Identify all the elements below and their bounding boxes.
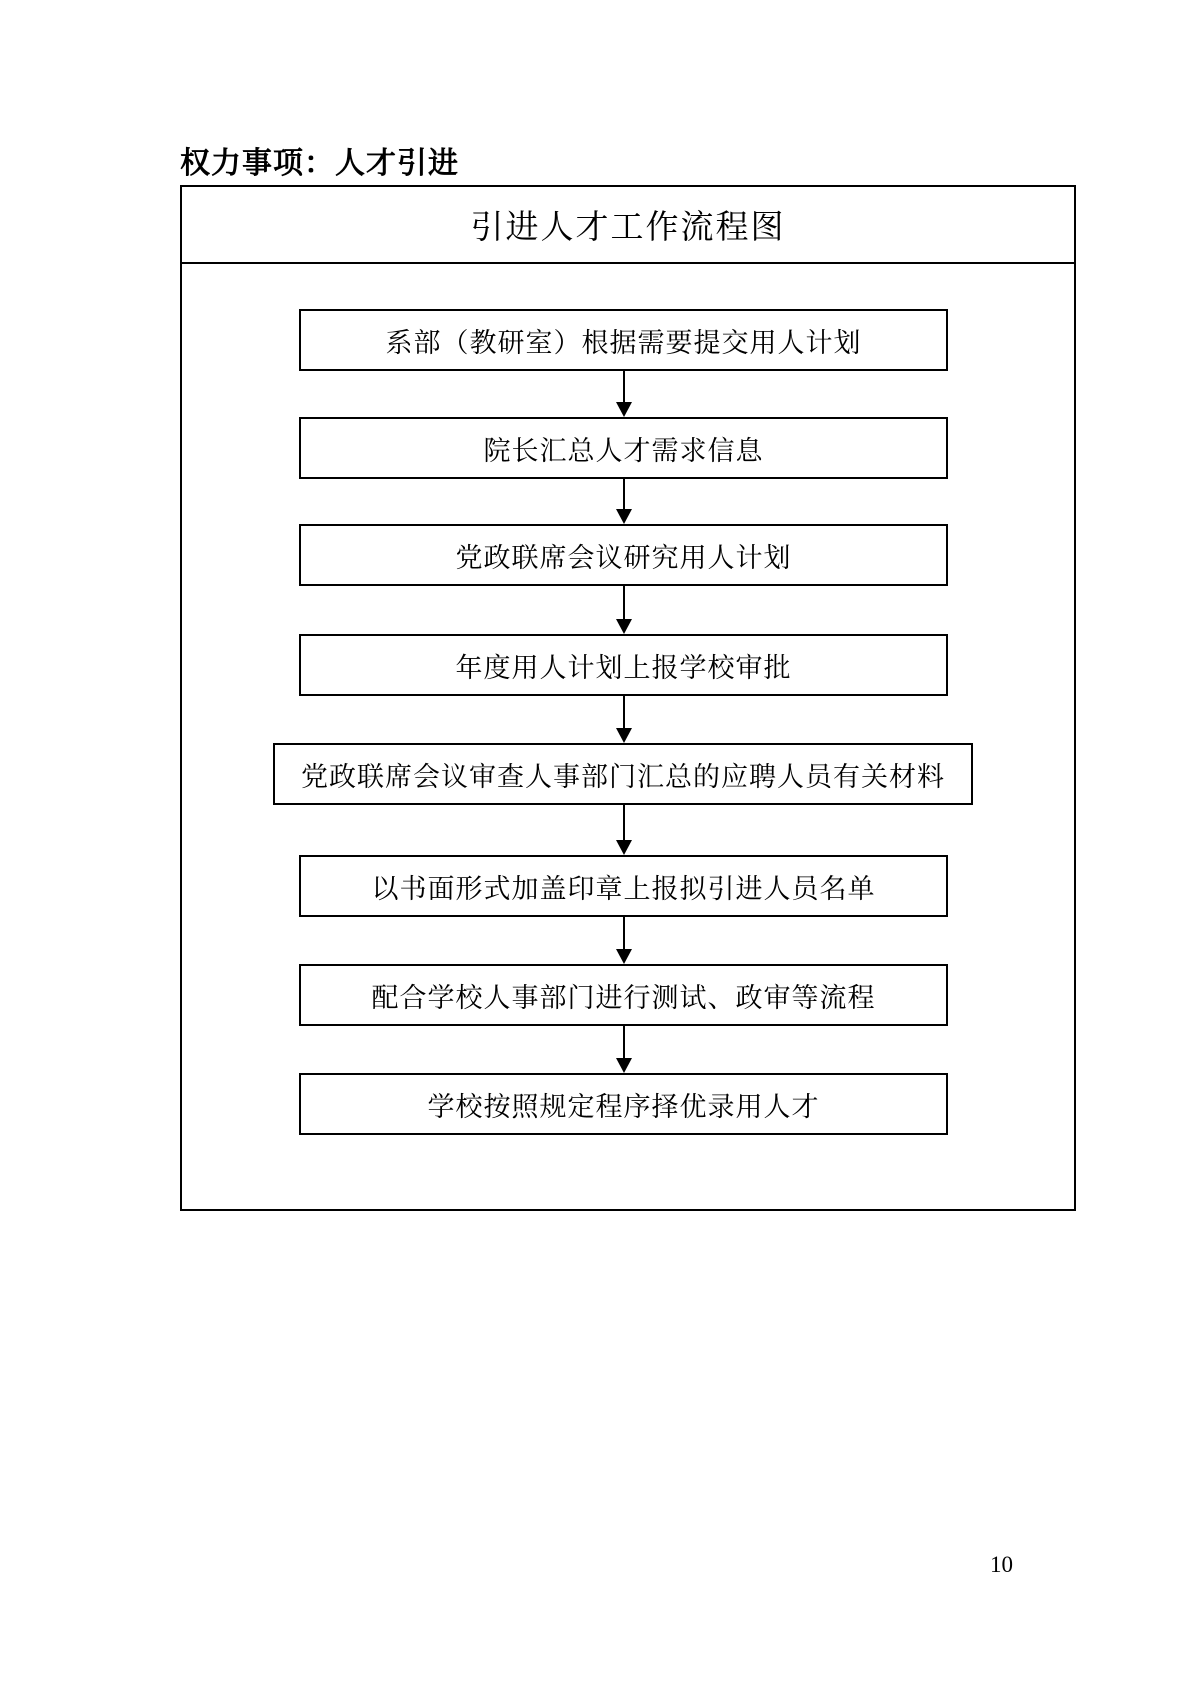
flow-step-7-label: 配合学校人事部门进行测试、政审等流程 bbox=[372, 976, 876, 1015]
arrow-stem bbox=[623, 371, 625, 402]
down-arrow-3 bbox=[615, 586, 632, 634]
flow-step-4-label: 年度用人计划上报学校审批 bbox=[456, 646, 792, 685]
arrow-stem bbox=[623, 696, 625, 728]
arrow-head-icon bbox=[616, 1058, 632, 1073]
flowchart-title-band: 引进人才工作流程图 bbox=[182, 187, 1074, 264]
flow-step-5: 党政联席会议审查人事部门汇总的应聘人员有关材料 bbox=[273, 743, 973, 805]
flowchart-title: 引进人才工作流程图 bbox=[471, 201, 786, 248]
flow-step-5-label: 党政联席会议审查人事部门汇总的应聘人员有关材料 bbox=[301, 755, 945, 794]
flow-step-1: 系部（教研室）根据需要提交用人计划 bbox=[299, 309, 948, 371]
flowchart-frame: 引进人才工作流程图 系部（教研室）根据需要提交用人计划 院长汇总人才需求信息 党… bbox=[180, 185, 1076, 1211]
flow-step-2-label: 院长汇总人才需求信息 bbox=[484, 429, 764, 468]
down-arrow-5 bbox=[615, 805, 632, 855]
flow-step-2: 院长汇总人才需求信息 bbox=[299, 417, 948, 479]
arrow-head-icon bbox=[616, 949, 632, 964]
flow-step-8: 学校按照规定程序择优录用人才 bbox=[299, 1073, 948, 1135]
arrow-stem bbox=[623, 479, 625, 509]
page-number: 10 bbox=[990, 1552, 1013, 1578]
arrow-stem bbox=[623, 1026, 625, 1058]
flow-step-6: 以书面形式加盖印章上报拟引进人员名单 bbox=[299, 855, 948, 917]
arrow-head-icon bbox=[616, 509, 632, 524]
down-arrow-2 bbox=[615, 479, 632, 524]
arrow-stem bbox=[623, 805, 625, 840]
down-arrow-1 bbox=[615, 371, 632, 417]
arrow-head-icon bbox=[616, 402, 632, 417]
flow-step-3-label: 党政联席会议研究用人计划 bbox=[456, 536, 792, 575]
flow-step-7: 配合学校人事部门进行测试、政审等流程 bbox=[299, 964, 948, 1026]
flow-step-6-label: 以书面形式加盖印章上报拟引进人员名单 bbox=[372, 867, 876, 906]
arrow-head-icon bbox=[616, 728, 632, 743]
down-arrow-4 bbox=[615, 696, 632, 743]
page-heading: 权力事项：人才引进 bbox=[180, 138, 459, 182]
down-arrow-7 bbox=[615, 1026, 632, 1073]
arrow-head-icon bbox=[616, 619, 632, 634]
flow-step-1-label: 系部（教研室）根据需要提交用人计划 bbox=[386, 321, 862, 360]
arrow-head-icon bbox=[616, 840, 632, 855]
down-arrow-6 bbox=[615, 917, 632, 964]
document-page: 权力事项：人才引进 引进人才工作流程图 系部（教研室）根据需要提交用人计划 院长… bbox=[0, 0, 1191, 1684]
arrow-stem bbox=[623, 586, 625, 619]
flow-step-4: 年度用人计划上报学校审批 bbox=[299, 634, 948, 696]
flow-step-3: 党政联席会议研究用人计划 bbox=[299, 524, 948, 586]
flow-step-8-label: 学校按照规定程序择优录用人才 bbox=[428, 1085, 820, 1124]
arrow-stem bbox=[623, 917, 625, 949]
